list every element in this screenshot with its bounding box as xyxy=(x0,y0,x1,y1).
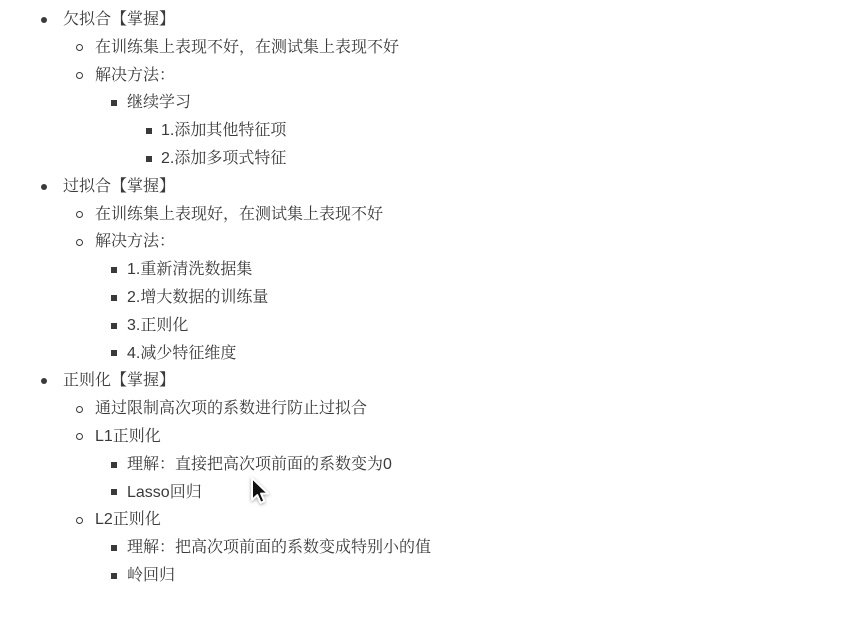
list-item[interactable]: Lasso回归 xyxy=(0,479,843,507)
list-item[interactable]: 2.增大数据的训练量 xyxy=(0,284,843,312)
list-item[interactable]: 通过限制高次项的系数进行防止过拟合 xyxy=(0,395,843,423)
list-item[interactable]: 解决方法： xyxy=(0,62,843,90)
list-item-text: Lasso回归 xyxy=(127,479,202,507)
list-item[interactable]: 岭回归 xyxy=(0,562,843,590)
bullet-square-icon xyxy=(111,323,117,329)
list-item-text: 过拟合【掌握】 xyxy=(63,173,175,201)
bullet-square-icon xyxy=(146,128,152,134)
bullet-square-icon xyxy=(111,350,117,356)
list-item[interactable]: 正则化【掌握】 xyxy=(0,367,843,395)
bullet-square-icon xyxy=(111,295,117,301)
list-item-text: 欠拟合【掌握】 xyxy=(63,6,175,34)
list-item-text: 理解：把高次项前面的系数变成特别小的值 xyxy=(127,534,431,562)
list-item-text: 在训练集上表现好，在测试集上表现不好 xyxy=(95,201,383,229)
list-item-text: 2.增大数据的训练量 xyxy=(127,284,268,312)
list-item[interactable]: 4.减少特征维度 xyxy=(0,340,843,368)
list-item[interactable]: 解决方法： xyxy=(0,228,843,256)
bullet-square-icon xyxy=(111,545,117,551)
list-item[interactable]: 1.添加其他特征项 xyxy=(0,117,843,145)
list-item[interactable]: L2正则化 xyxy=(0,506,843,534)
bullet-circle-icon xyxy=(76,406,83,413)
bullet-circle-icon xyxy=(76,211,83,218)
bullet-disc-icon xyxy=(41,184,47,190)
bullet-square-icon xyxy=(111,489,117,495)
list-item-text: L2正则化 xyxy=(95,506,161,534)
list-item[interactable]: 3.正则化 xyxy=(0,312,843,340)
document-page: 欠拟合【掌握】在训练集上表现不好，在测试集上表现不好解决方法：继续学习1.添加其… xyxy=(0,0,843,625)
list-item-text: 2.添加多项式特征 xyxy=(161,145,286,173)
bullet-circle-icon xyxy=(76,44,83,51)
bullet-square-icon xyxy=(111,573,117,579)
bullet-disc-icon xyxy=(41,378,47,384)
list-item[interactable]: 继续学习 xyxy=(0,89,843,117)
list-item-text: 理解：直接把高次项前面的系数变为0 xyxy=(127,451,392,479)
list-item[interactable]: 在训练集上表现不好，在测试集上表现不好 xyxy=(0,34,843,62)
outline-list: 欠拟合【掌握】在训练集上表现不好，在测试集上表现不好解决方法：继续学习1.添加其… xyxy=(0,6,843,590)
list-item[interactable]: L1正则化 xyxy=(0,423,843,451)
list-item-text: L1正则化 xyxy=(95,423,161,451)
bullet-circle-icon xyxy=(76,239,83,246)
bullet-disc-icon xyxy=(41,17,47,23)
bullet-square-icon xyxy=(111,462,117,468)
list-item[interactable]: 在训练集上表现好，在测试集上表现不好 xyxy=(0,201,843,229)
list-item-text: 解决方法： xyxy=(95,228,175,256)
list-item[interactable]: 理解：直接把高次项前面的系数变为0 xyxy=(0,451,843,479)
bullet-circle-icon xyxy=(76,72,83,79)
bullet-square-icon xyxy=(146,156,152,162)
list-item-text: 3.正则化 xyxy=(127,312,188,340)
bullet-square-icon xyxy=(111,100,117,106)
list-item-text: 在训练集上表现不好，在测试集上表现不好 xyxy=(95,34,399,62)
list-item-text: 继续学习 xyxy=(127,89,191,117)
bullet-circle-icon xyxy=(76,517,83,524)
list-item-text: 4.减少特征维度 xyxy=(127,340,236,368)
list-item[interactable]: 欠拟合【掌握】 xyxy=(0,6,843,34)
list-item[interactable]: 1.重新清洗数据集 xyxy=(0,256,843,284)
list-item-text: 通过限制高次项的系数进行防止过拟合 xyxy=(95,395,367,423)
list-item-text: 1.重新清洗数据集 xyxy=(127,256,252,284)
list-item-text: 解决方法： xyxy=(95,62,175,90)
list-item-text: 1.添加其他特征项 xyxy=(161,117,286,145)
list-item[interactable]: 过拟合【掌握】 xyxy=(0,173,843,201)
bullet-square-icon xyxy=(111,267,117,273)
list-item-text: 正则化【掌握】 xyxy=(63,367,175,395)
list-item[interactable]: 2.添加多项式特征 xyxy=(0,145,843,173)
list-item-text: 岭回归 xyxy=(127,562,175,590)
list-item[interactable]: 理解：把高次项前面的系数变成特别小的值 xyxy=(0,534,843,562)
bullet-circle-icon xyxy=(76,433,83,440)
